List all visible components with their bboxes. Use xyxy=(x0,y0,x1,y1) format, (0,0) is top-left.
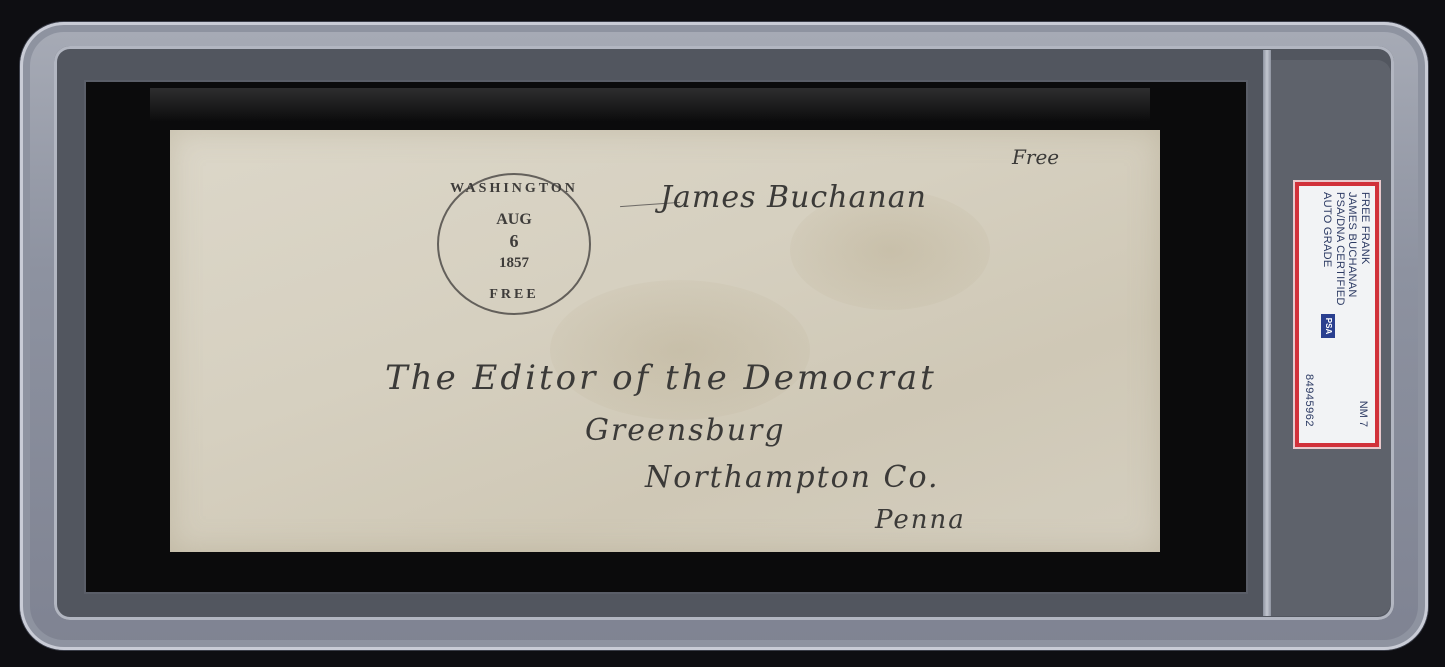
holder-glare xyxy=(150,88,1150,122)
psa-logo-icon: PSA xyxy=(1321,314,1335,338)
label-line: AUTO GRADE xyxy=(1321,192,1334,306)
address-line-4: Penna xyxy=(875,505,966,535)
postmark-year: 1857 xyxy=(439,255,589,272)
postmark-day: 6 xyxy=(439,231,589,252)
label-line: PSA/DNA CERTIFIED xyxy=(1334,192,1347,306)
address-line-3: Northampton Co. xyxy=(645,460,940,495)
signature: James Buchanan xyxy=(660,180,927,215)
psa-label: FREE FRANK JAMES BUCHANAN PSA/DNA CERTIF… xyxy=(1295,182,1379,447)
label-line: FREE FRANK xyxy=(1359,192,1372,306)
label-description: FREE FRANK JAMES BUCHANAN PSA/DNA CERTIF… xyxy=(1321,192,1371,306)
postmark-stamp: WASHINGTON AUG 6 1857 FREE xyxy=(437,173,591,315)
label-line: JAMES BUCHANAN xyxy=(1346,192,1359,306)
frank-text: Free xyxy=(1012,145,1059,169)
postmark-free: FREE xyxy=(439,287,589,303)
slab-divider xyxy=(1263,50,1271,616)
cert-number: 84945962 xyxy=(1303,374,1315,427)
address-line-1: The Editor of the Democrat xyxy=(385,358,937,398)
grade: NM 7 xyxy=(1357,401,1369,427)
paper-stain xyxy=(550,280,810,420)
postmark-month: AUG xyxy=(439,211,589,229)
postmark-city: WASHINGTON xyxy=(439,181,589,197)
address-line-2: Greensburg xyxy=(585,413,786,448)
